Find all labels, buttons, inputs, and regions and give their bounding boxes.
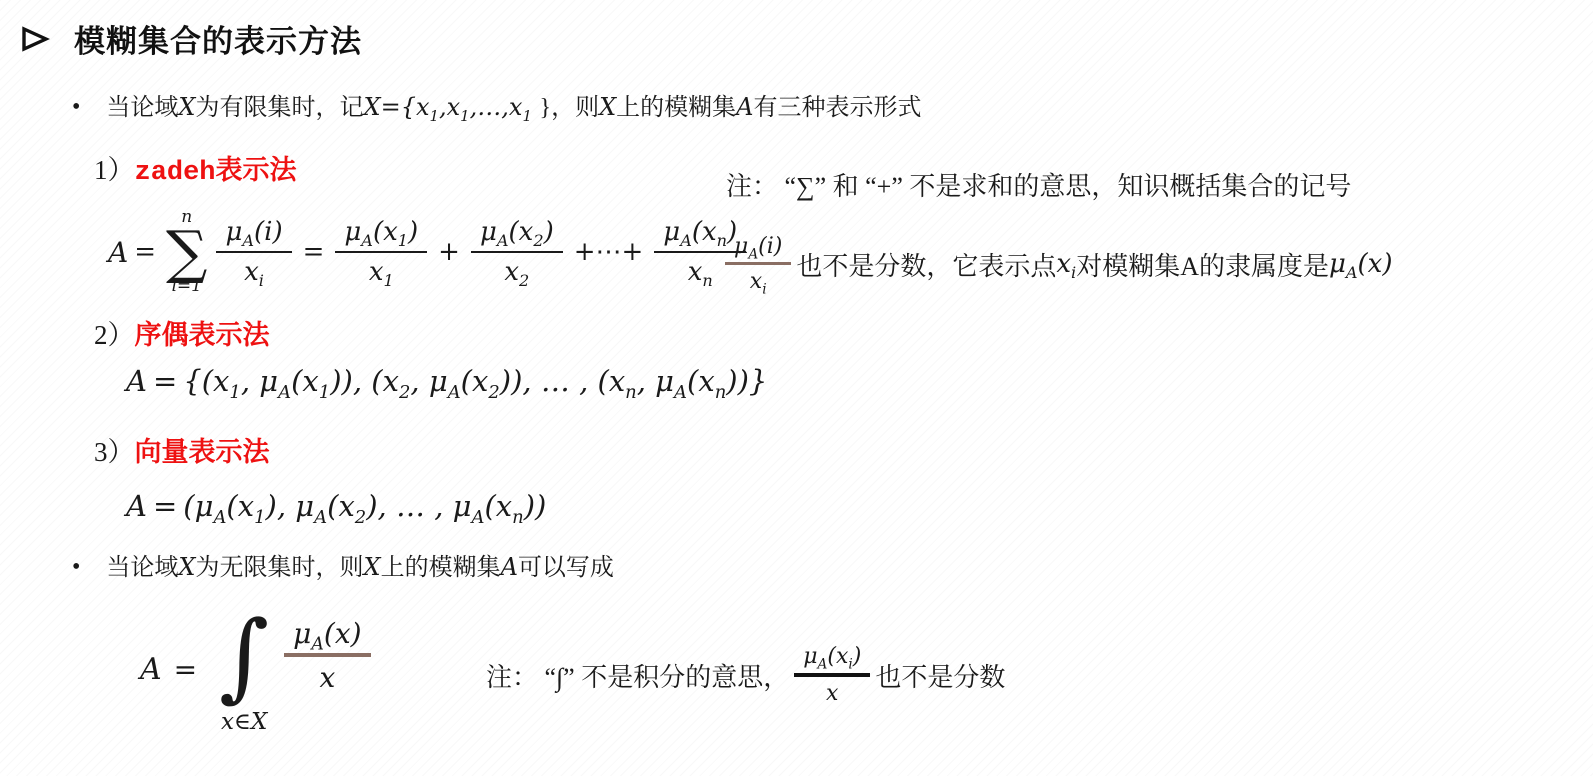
math-run: A — [736, 93, 753, 121]
fraction-numerator: μA(x1) — [335, 216, 427, 253]
label-name-cn: 序偶表示法 — [135, 320, 270, 350]
equals-sign: = — [153, 489, 177, 523]
bullet-marker: • — [72, 92, 80, 123]
formula-vector: A = (μA(x1), μA(x2), … , μA(xn)) — [126, 489, 546, 523]
text-run: 上的模糊集 — [381, 555, 501, 581]
fraction-term-1: μA(x1) x1 — [335, 216, 427, 288]
bullet-infinite-set-text: 当论域X为无限集时，则X上的模糊集A可以写成 — [106, 552, 614, 584]
fraction-denominator: x1 — [369, 253, 394, 289]
text-run: 也不是分数，它表示点 — [796, 246, 1056, 283]
fraction-membership-continuous: μA(x) x — [284, 616, 370, 695]
text-run: 上的模糊集 — [616, 95, 736, 121]
integral-lower-limit: x∈X — [221, 711, 267, 734]
bullet-marker: • — [72, 552, 80, 583]
bullet-infinite-set: • 当论域X为无限集时，则X上的模糊集A可以写成 — [72, 552, 614, 584]
label-number: 3） — [94, 437, 135, 467]
text-run: 对模糊集A的隶属度是 — [1076, 246, 1329, 283]
note-sigma-line2: μA(i) xi 也不是分数，它表示点 xi 对模糊集A的隶属度是 μA(x) — [720, 228, 1392, 300]
label-name-cn: 表示法 — [216, 155, 297, 185]
text-run: 注： “∫” 不是积分的意思， — [486, 657, 789, 694]
summation-operator: n ∑ i=1 — [166, 209, 207, 295]
math-run: X — [364, 93, 381, 121]
label-vector-method: 3）向量表示法 — [94, 430, 270, 469]
math-run: X — [178, 553, 195, 581]
note-integral: 注： “∫” 不是积分的意思， μA(xi) x 也不是分数 — [486, 636, 1005, 714]
arrow-bullet-icon — [20, 25, 50, 53]
label-ordered-pair-method: 2）序偶表示法 — [94, 313, 270, 352]
sum-lower-limit: i=1 — [171, 278, 202, 295]
integral-icon: ∫ — [219, 606, 269, 707]
text-run: 为有限集时，记 — [196, 95, 364, 121]
formula-lhs: A — [126, 364, 147, 398]
text-run: 有三种表示形式 — [754, 95, 922, 121]
text-run: 当论域 — [106, 95, 178, 121]
formula-zadeh: A = n ∑ i=1 μA(i) xi = μA(x1) x1 + μA(x2… — [108, 200, 751, 304]
math-run: X — [599, 93, 616, 121]
label-zadeh-method: 1）zadeh表示法 — [94, 148, 297, 188]
fraction-denominator: x2 — [504, 253, 529, 289]
page-title: 模糊集合的表示方法 — [74, 16, 362, 61]
equals-sign: = — [134, 237, 156, 267]
math-run: x1,x1,…,x1 — [416, 93, 540, 121]
slide: 模糊集合的表示方法 • 当论域X为有限集时，记X={x1,x1,…,x1 }，则… — [0, 0, 1593, 776]
plus-sign: + — [438, 237, 460, 267]
title-row: 模糊集合的表示方法 — [20, 16, 362, 61]
fraction-denominator: xn — [688, 253, 713, 289]
fraction-numerator: μA(i) — [216, 216, 291, 253]
text-run: 为无限集时，则 — [196, 555, 364, 581]
math-run: A — [501, 553, 518, 581]
fraction-denominator: x — [826, 677, 838, 708]
fraction-denominator: xi — [750, 265, 767, 296]
fraction-numerator: μA(x) — [284, 616, 370, 657]
label-number: 1） — [94, 155, 135, 185]
formula-body: (μA(x1), μA(x2), … , μA(xn)) — [183, 489, 546, 523]
fraction-numerator: μA(i) — [725, 233, 791, 266]
text-run: }，则 — [540, 95, 600, 121]
formula-lhs: A — [126, 489, 147, 523]
bullet-finite-set: • 当论域X为有限集时，记X={x1,x1,…,x1 }，则X上的模糊集A有三种… — [72, 92, 922, 124]
formula-integral: A = ∫ x∈X μA(x) x — [140, 606, 376, 734]
text-run: 当论域 — [106, 555, 178, 581]
math-run: ={ — [381, 93, 416, 121]
math-run: xi — [1056, 249, 1076, 279]
math-run: X — [178, 93, 195, 121]
formula-lhs: A — [140, 652, 162, 687]
math-run: X — [364, 553, 381, 581]
fraction-membership: μA(i) xi — [725, 233, 791, 296]
bullet-finite-set-text: 当论域X为有限集时，记X={x1,x1,…,x1 }，则X上的模糊集A有三种表示… — [106, 92, 921, 124]
equals-sign: = — [303, 237, 325, 267]
label-name-cn: 向量表示法 — [135, 437, 270, 467]
equals-sign: = — [153, 364, 177, 398]
fraction-numerator: μA(x2) — [471, 216, 563, 253]
plus-ellipsis-plus: +⋯+ — [574, 237, 644, 267]
fraction-not-a-fraction: μA(xi) x — [794, 643, 870, 707]
math-run: μA(x) — [1329, 249, 1393, 279]
text-run: 也不是分数 — [875, 657, 1005, 694]
fraction-numerator: μA(xi) — [794, 643, 870, 677]
label-number: 2） — [94, 320, 135, 350]
fraction-term-2: μA(x2) x2 — [471, 216, 563, 288]
sigma-icon: ∑ — [166, 226, 207, 278]
formula-body: {(x1, μA(x1)), (x2, μA(x2)), … , (xn, μA… — [183, 364, 767, 398]
formula-ordered-pairs: A = {(x1, μA(x1)), (x2, μA(x2)), … , (xn… — [126, 364, 767, 398]
integral-operator: ∫ x∈X — [219, 606, 269, 734]
formula-lhs: A — [108, 236, 128, 269]
fraction-denominator: xi — [244, 253, 264, 289]
equals-sign: = — [174, 653, 197, 686]
text-run: 可以写成 — [518, 555, 614, 581]
fraction-general-term: μA(i) xi — [216, 216, 291, 288]
note-sigma-line1: 注： “∑” 和 “+” 不是求和的意思，知识概括集合的记号 — [726, 166, 1351, 203]
label-name-en: zadeh — [135, 158, 216, 188]
fraction-denominator: x — [319, 657, 335, 695]
